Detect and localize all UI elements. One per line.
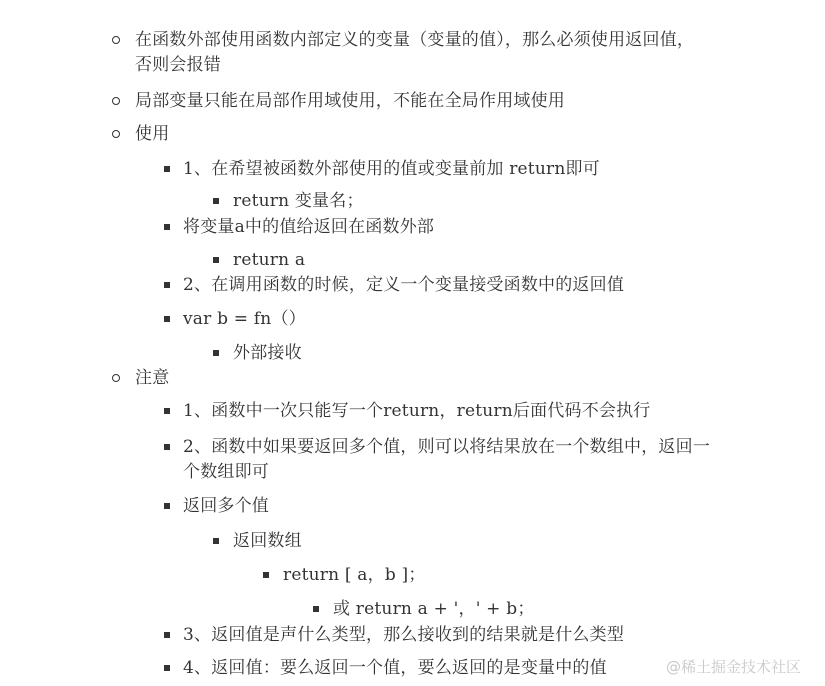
item-text: return a [233, 247, 305, 273]
item-text: 否则会报错 [135, 52, 221, 78]
item-text: var b = fn（） [183, 306, 306, 332]
item-text: 1、在希望被函数外部使用的值或变量前加 return即可 [183, 156, 600, 182]
item-text: 或 return a + '，' + b； [333, 596, 535, 622]
item-text: 外部接收 [233, 340, 302, 366]
item-text: 在函数外部使用函数内部定义的变量（变量的值），那么必须使用返回值， [135, 27, 694, 53]
item-text: 个数组即可 [183, 459, 269, 485]
item-text: 注意 [135, 365, 169, 391]
item-text: 使用 [135, 121, 169, 147]
watermark: @稀土掘金技术社区 [666, 656, 801, 677]
item-text: return 变量名； [233, 188, 364, 214]
item-text: 4、返回值：要么返回一个值，要么返回的是变量中的值 [183, 655, 607, 681]
item-text: 1、函数中一次只能写一个return，return后面代码不会执行 [183, 398, 651, 424]
item-text: 3、返回值是声什么类型，那么接收到的结果就是什么类型 [183, 622, 624, 648]
item-text: 返回多个值 [183, 493, 269, 519]
item-text: 局部变量只能在局部作用域使用，不能在全局作用域使用 [135, 88, 565, 114]
item-text: return [ a，b ]； [283, 562, 426, 588]
item-text: 2、函数中如果要返回多个值，则可以将结果放在一个数组中，返回一 [183, 434, 710, 460]
item-text: 将变量a中的值给返回在函数外部 [183, 214, 434, 240]
item-text: 2、在调用函数的时候，定义一个变量接受函数中的返回值 [183, 272, 624, 298]
item-text: 返回数组 [233, 528, 302, 554]
